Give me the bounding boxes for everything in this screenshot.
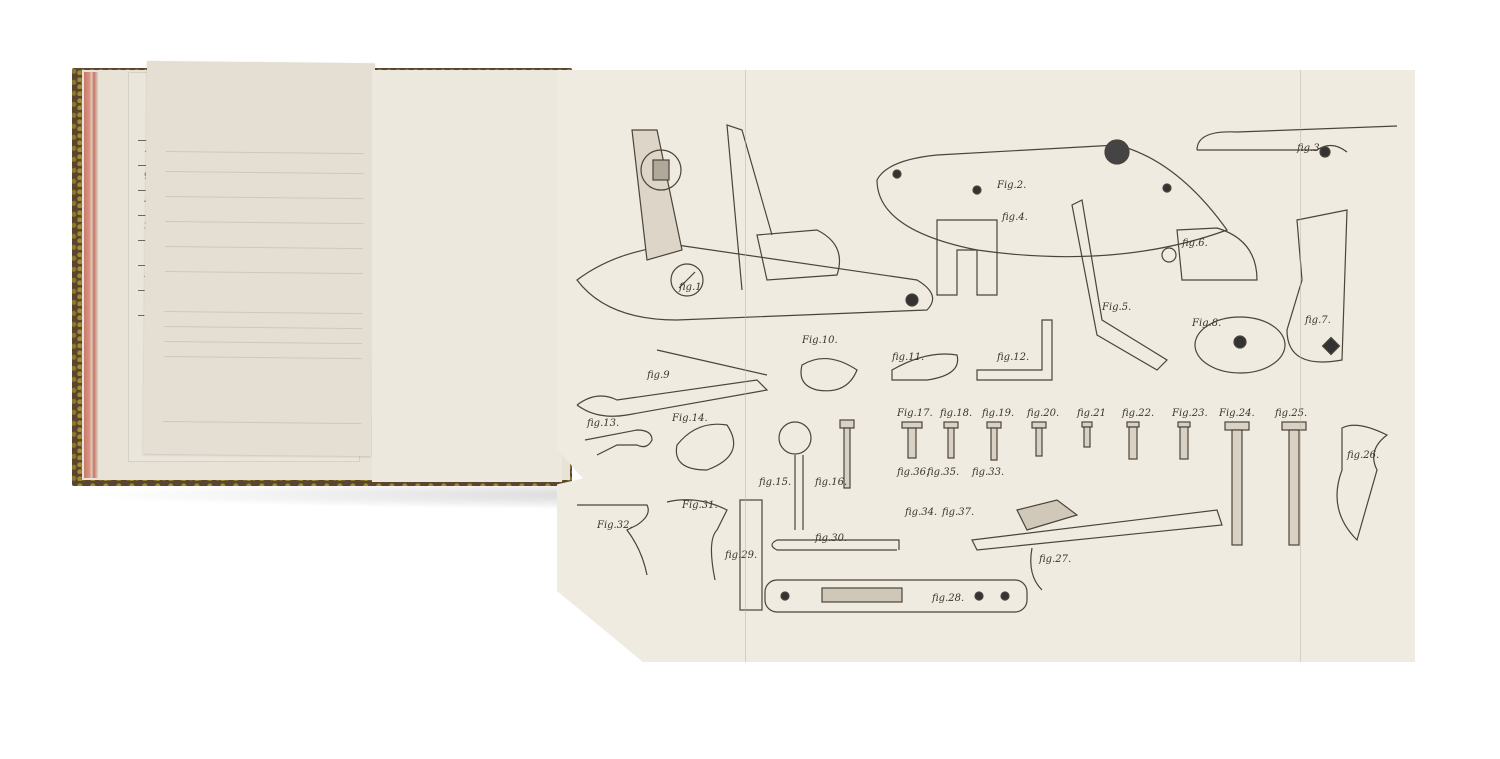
figure-label: Fig.14. xyxy=(672,413,708,424)
figure-label: fig.28. xyxy=(932,593,964,604)
red-page-edge xyxy=(84,72,98,478)
figure-label: fig.25. xyxy=(1275,408,1307,419)
folding-plate: fig.1 Fig.2. fig.3 fig.4. Fig.5. fig.6. … xyxy=(557,70,1415,662)
figure-label: fig.26. xyxy=(1347,450,1379,461)
figure-label: fig.19. xyxy=(982,408,1014,419)
figure-label: fig.30. xyxy=(815,533,847,544)
blank-page xyxy=(372,70,562,482)
figure-label: fig.1 xyxy=(679,282,702,293)
figure-label: fig.27. xyxy=(1039,554,1071,565)
figure-label: fig.33. xyxy=(972,467,1004,478)
figure-label: fig.18. xyxy=(940,408,972,419)
figure-label: fig.37. xyxy=(942,507,974,518)
figure-label: Fig.8. xyxy=(1192,318,1221,329)
plate-fold-line xyxy=(1300,70,1301,662)
figure-label: fig.6. xyxy=(1182,238,1208,249)
figure-label: fig.35. xyxy=(927,467,959,478)
figure-label: Fig.5. xyxy=(1102,302,1131,313)
figure-label: fig.20. xyxy=(1027,408,1059,419)
engraving-drawings xyxy=(557,70,1415,662)
figure-label: Fig.32. xyxy=(597,520,633,531)
figure-label: fig.13. xyxy=(587,418,619,429)
figure-label: fig.9 xyxy=(647,370,670,381)
figure-label: fig.21 xyxy=(1077,408,1106,419)
figure-label: fig.16. xyxy=(815,477,847,488)
figure-label: Fig.2. xyxy=(997,180,1026,191)
figure-label: Fig.24. xyxy=(1219,408,1255,419)
figure-label: fig.36. xyxy=(897,467,929,478)
figure-label: fig.22. xyxy=(1122,408,1154,419)
figure-label: fig.34. xyxy=(905,507,937,518)
figure-label: fig.7. xyxy=(1305,315,1331,326)
plate-fold-line xyxy=(745,70,746,662)
figure-label: fig.15. xyxy=(759,477,791,488)
figure-label: Fig.31. xyxy=(682,500,718,511)
figure-label: Fig.10. xyxy=(802,335,838,346)
figure-label: fig.29. xyxy=(725,550,757,561)
figure-label: Fig.17. xyxy=(897,408,933,419)
figure-label: fig.4. xyxy=(1002,212,1028,223)
figure-label: fig.12. xyxy=(997,352,1029,363)
tissue-overlay-page xyxy=(143,61,375,456)
figure-label: fig.11. xyxy=(892,352,924,363)
figure-label: Fig.23. xyxy=(1172,408,1208,419)
